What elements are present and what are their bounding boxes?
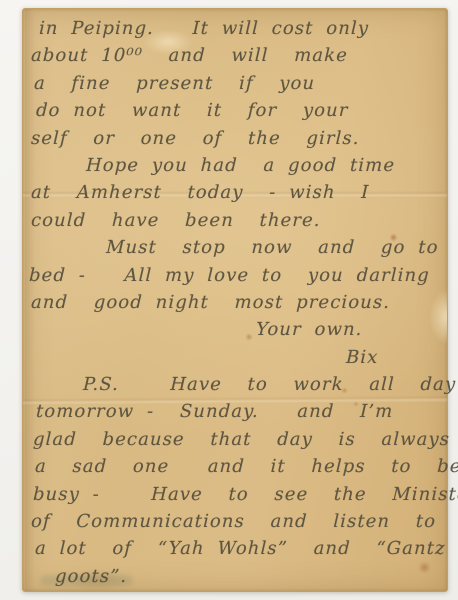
letter-line: and good night most precious.: [31, 289, 448, 316]
letter-line: do not want it for your: [36, 97, 448, 124]
letter-line: could have been there.: [31, 207, 448, 234]
letter-line: Your own.: [256, 316, 448, 343]
letter-line: of Communications and listen to: [31, 508, 448, 535]
letter-line: tomorrow - Sunday. and I’m: [36, 398, 448, 425]
letter-line: in Peiping. It will cost only: [39, 15, 448, 42]
letter-line: a sad one and it helps to be: [35, 453, 448, 480]
letter-paper: in Peiping. It will cost onlyabout 10⁰⁰ …: [22, 8, 448, 592]
letter-line: at Amherst today - wish I: [31, 179, 448, 206]
letter-line: Bix: [346, 344, 448, 371]
letter-line: bed - All my love to you darling: [29, 262, 448, 289]
scan-background: in Peiping. It will cost onlyabout 10⁰⁰ …: [0, 0, 458, 600]
letter-line: goots”.: [55, 563, 448, 590]
letter-line: P.S. Have to work all day: [83, 371, 448, 398]
letter-lines: in Peiping. It will cost onlyabout 10⁰⁰ …: [23, 15, 447, 590]
letter-line: busy - Have to see the Minister: [33, 481, 448, 508]
letter-line: glad because that day is always: [33, 426, 448, 453]
letter-line: Hope you had a good time: [86, 152, 448, 179]
letter-line: Must stop now and go to: [106, 234, 448, 261]
letter-line: a fine present if you: [34, 70, 448, 97]
letter-line: self or one of the girls.: [31, 125, 448, 152]
letter-line: about 10⁰⁰ and will make: [31, 42, 448, 69]
letter-line: a lot of “Yah Wohls” and “Gantz: [35, 535, 448, 562]
